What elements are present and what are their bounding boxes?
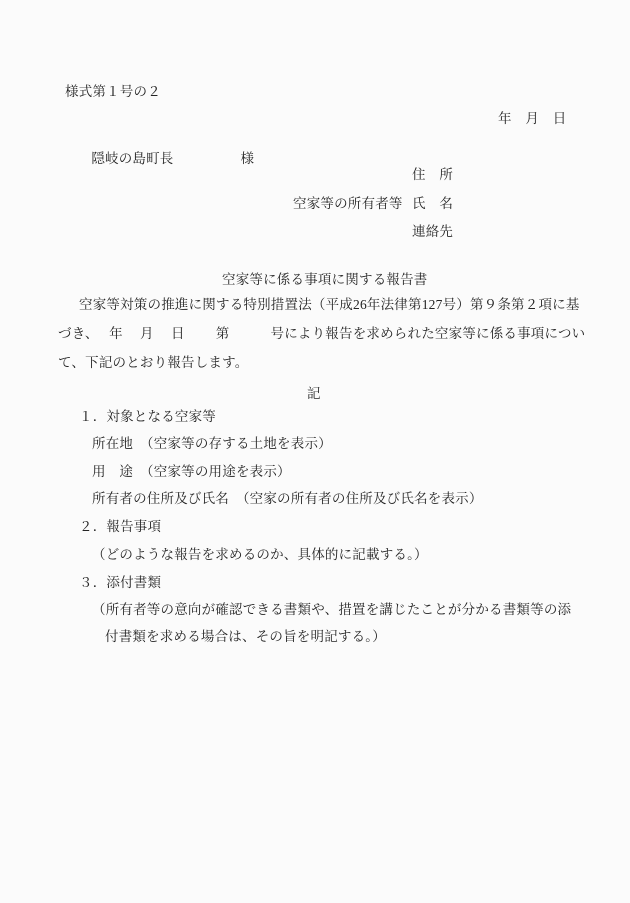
paragraph-line-2: づき、 年 月 日 第 号により報告を求められた空家等に係る事項につい <box>58 327 585 341</box>
form-number: 様式第１号の２ <box>65 85 161 99</box>
list-item-1-heading: １．対象となる空家等 <box>79 410 216 424</box>
list-item-2-heading: ２．報告事項 <box>79 520 161 534</box>
sender-owner-label: 空家等の所有者等 <box>293 197 403 211</box>
list-item-location: 所在地 （空家等の存する土地を表示） <box>92 437 332 451</box>
list-item-owner-address-name: 所有者の住所及び氏名 （空家の所有者の住所及び氏名を表示） <box>92 492 483 506</box>
record-marker: 記 <box>307 387 321 401</box>
list-item-3-heading: ３．添付書類 <box>79 576 161 590</box>
addressee-line: 隠岐の島町長様 <box>77 138 254 179</box>
list-item-2-note: （どのような報告を求めるのか、具体的に記載する。） <box>92 548 428 562</box>
paragraph-line-3: て、下記のとおり報告します。 <box>58 356 248 370</box>
date-line: 年 月 日 <box>498 112 567 126</box>
list-item-3-note-line-1: （所有者等の意向が確認できる書類や、措置を講じたことが分かる書類等の添 <box>92 603 571 617</box>
sender-address-label: 住 所 <box>412 168 453 182</box>
list-item-usage: 用 途 （空家等の用途を表示） <box>92 465 291 479</box>
list-item-3-note-line-2: 付書類を求める場合は、その旨を明記する。） <box>105 630 386 644</box>
document-page: 様式第１号の２ 年 月 日 隠岐の島町長様 住 所 空家等の所有者等 氏 名 連… <box>0 0 630 903</box>
paragraph-line-1: 空家等対策の推進に関する特別措置法（平成26年法律第127号）第９条第２項に基 <box>79 298 580 312</box>
sender-name-label: 氏 名 <box>412 197 453 211</box>
addressee-name: 隠岐の島町長 <box>91 151 173 166</box>
addressee-honorific: 様 <box>241 151 255 166</box>
document-title: 空家等に係る事項に関する報告書 <box>222 273 428 287</box>
sender-contact-label: 連絡先 <box>412 225 453 239</box>
